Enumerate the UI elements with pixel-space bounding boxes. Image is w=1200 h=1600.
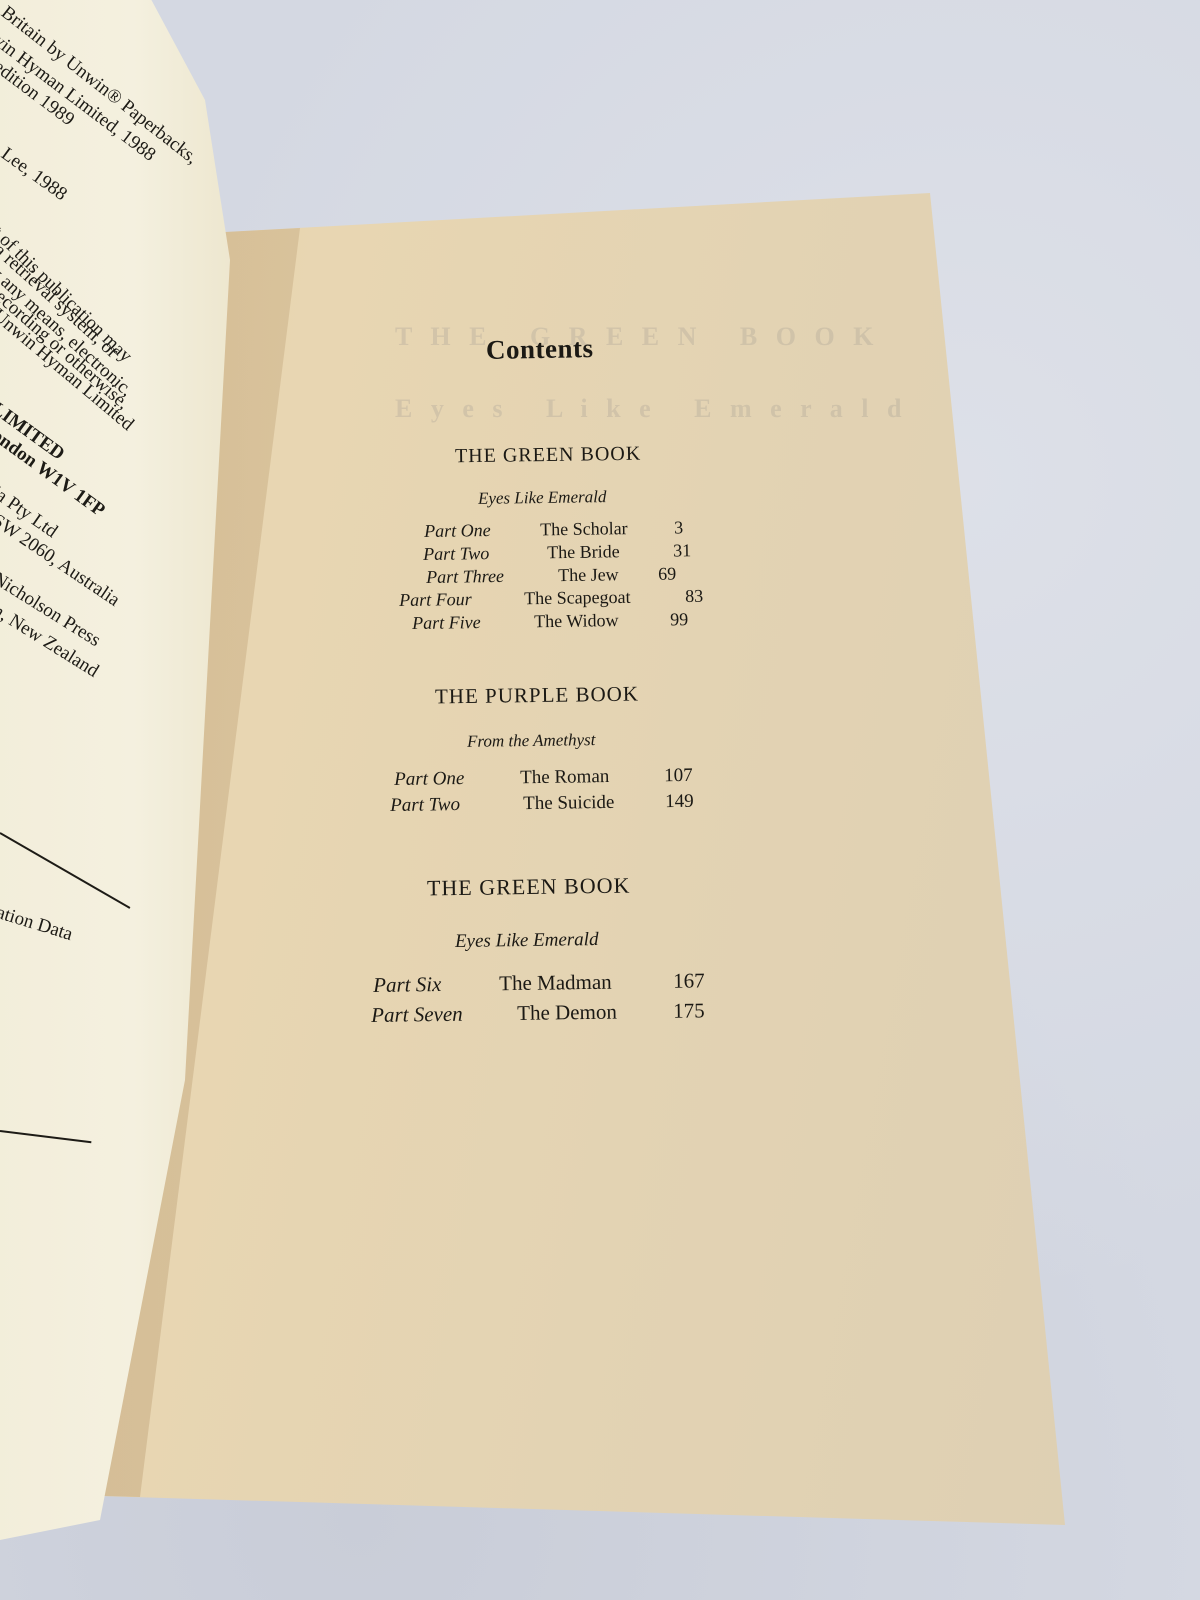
section-heading: THE PURPLE BOOK [435, 682, 639, 710]
entry-title: The Demon [517, 1000, 617, 1026]
entry-part: Part Three [426, 566, 504, 588]
entry-page: 175 [673, 998, 705, 1023]
entry-part: Part Two [390, 794, 460, 817]
entry-part: Part Six [373, 972, 442, 998]
entry-part: Part One [424, 520, 491, 542]
entry-title: The Scholar [540, 518, 628, 540]
entry-title: The Suicide [523, 792, 615, 815]
section-subtitle: From the Amethyst [467, 730, 596, 752]
entry-page: 167 [673, 968, 705, 993]
entry-page: 69 [658, 564, 676, 585]
entry-part: Part Two [423, 543, 489, 565]
entry-title: The Jew [558, 564, 619, 586]
contents-title: Contents [486, 333, 594, 366]
entry-page: 31 [673, 540, 691, 561]
entry-page: 83 [685, 586, 703, 607]
entry-page: 107 [664, 765, 693, 787]
section-subtitle: Eyes Like Emerald [455, 929, 599, 953]
entry-page: 149 [665, 791, 694, 813]
section-heading: THE GREEN BOOK [427, 873, 631, 902]
entry-part: Part Seven [371, 1002, 463, 1028]
entry-title: The Widow [534, 610, 619, 632]
entry-page: 3 [674, 517, 683, 538]
entry-part: Part Four [399, 589, 472, 611]
section-heading: THE GREEN BOOK [455, 443, 642, 469]
entry-page: 99 [670, 609, 688, 630]
section-subtitle: Eyes Like Emerald [478, 487, 607, 509]
entry-part: Part Five [412, 612, 481, 634]
entry-title: The Scapegoat [524, 587, 631, 609]
entry-part: Part One [394, 768, 464, 791]
entry-title: The Madman [499, 970, 612, 997]
entry-title: The Bride [547, 541, 620, 563]
bleed-through-text: E y e s L i k e E m e r a l d [395, 394, 907, 424]
bleed-through-text: T H E G R E E N B O O K [395, 322, 879, 352]
entry-title: The Roman [520, 766, 609, 789]
